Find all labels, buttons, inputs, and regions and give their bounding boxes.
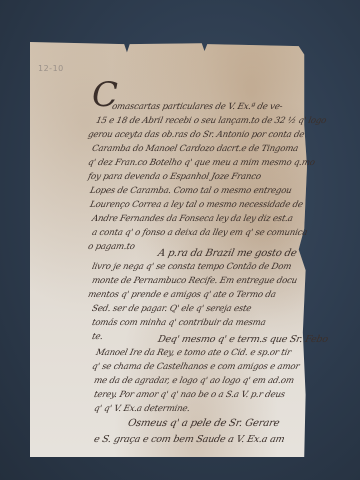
text-line: livro je nega q' se consta tempo Contão … <box>91 262 292 272</box>
manuscript-text: C omascartas particulares de V. Ex.ª de … <box>0 0 360 480</box>
text-line: Sed. ser de pagar. Q' ele q' sereja este <box>91 304 252 314</box>
text-line: Andre Fernandes da Fonseca ley da ley di… <box>91 214 294 224</box>
text-line: terey. Por amor q' q' nao be o a S.a V. … <box>93 390 286 400</box>
text-line: q' se chama de Castelhanos e com amigos … <box>91 362 300 372</box>
text-line: q' dez Fran.co Botelho q' que meu a mim … <box>87 158 316 168</box>
text-line: Manoel Ire da Rey, e tomo ate o Cid. e s… <box>95 348 292 358</box>
text-line: monte de Pernambuco Recife. Em entregue … <box>91 276 298 286</box>
text-line: Lopes de Caramba. Como tal o mesmo entre… <box>89 186 293 196</box>
text-line: Deq' mesmo q' e term.s que Sr. Febo <box>157 334 329 345</box>
text-line: o pagam.to <box>87 242 136 252</box>
text-line: Lourenço Correa a ley tal o mesmo necess… <box>89 200 304 210</box>
text-line: tomás com minha q' contribuir da mesma <box>91 318 267 328</box>
text-line: gerou aceyta das ob.ras do Sr. Antonio p… <box>87 130 305 140</box>
text-line: A p.ra da Brazil me gosto de <box>157 248 298 259</box>
text-line: me da de agradar, e logo q' ao logo q' e… <box>93 376 295 386</box>
text-line: q' q' V. Ex.a determine. <box>93 404 191 414</box>
text-line: foy para devenda o Espanhol Joze Franco <box>87 172 262 182</box>
text-line: a conta q' o fonso a deixa da lley em q'… <box>91 228 308 238</box>
text-line: Caramba do Manoel Cardozo dacrt.e de Tin… <box>91 144 299 154</box>
text-line: 15 e 18 de Abril recebi o seu lançam.to … <box>95 116 327 126</box>
text-line: Osmeus q' a pele de Sr. Gerare <box>127 418 281 429</box>
text-line: omascartas particulares de V. Ex.ª de ve… <box>111 102 283 112</box>
text-line: e S. graça e com bem Saude a V. Ex.a am <box>93 434 286 445</box>
text-line: te. <box>91 332 104 342</box>
text-line: mentos q' prende e amigos q' ate o Termo… <box>87 290 277 300</box>
